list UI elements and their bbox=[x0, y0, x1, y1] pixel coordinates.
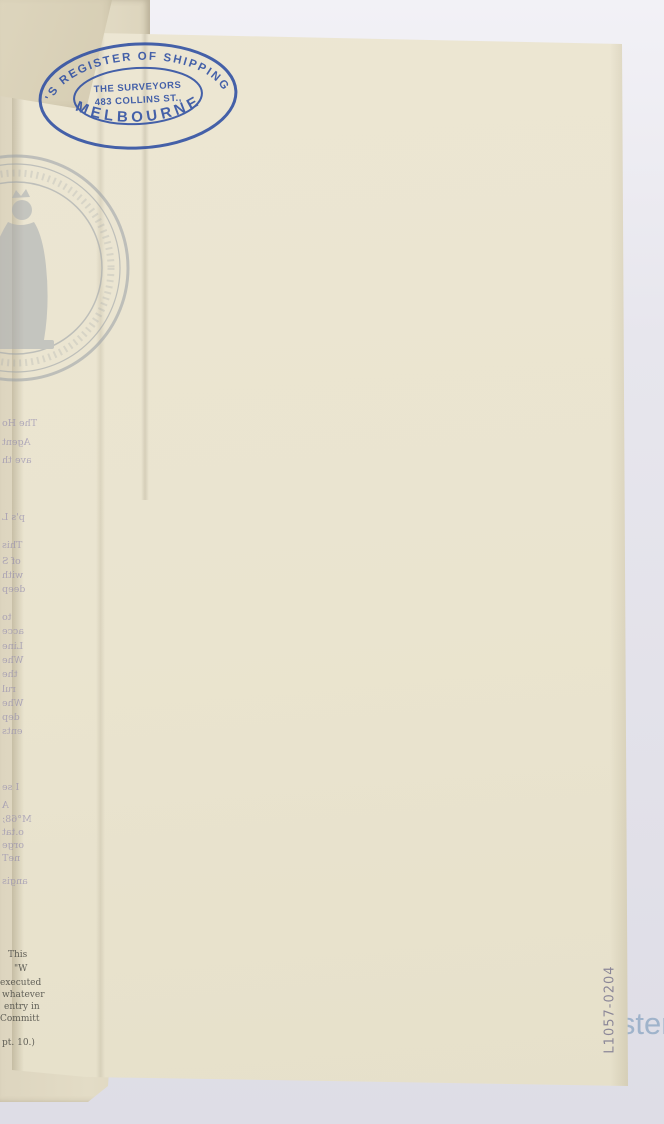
pencil-archive-reference: L1057-0204 bbox=[603, 950, 618, 1070]
printed-text-fragment: entry in bbox=[4, 1002, 40, 1012]
mirror-text-fragment: neT bbox=[2, 853, 20, 864]
mirror-text-fragment: the bbox=[2, 669, 18, 680]
mirror-text-fragment: Whe bbox=[2, 655, 24, 666]
mirror-text-fragment: o.tat bbox=[2, 827, 24, 838]
mirror-text-fragment: angis bbox=[2, 876, 28, 887]
mirror-text-fragment: dep bbox=[2, 712, 20, 723]
seal-figure bbox=[0, 189, 54, 349]
mirror-text-fragment: This bbox=[2, 540, 22, 551]
mirror-text-fragment: M°68; bbox=[2, 814, 32, 825]
mirror-text-fragment: acce bbox=[2, 626, 24, 637]
mirror-text-fragment: rul bbox=[2, 684, 16, 695]
surveyors-rubber-stamp: 'S REGISTER OF SHIPPING MELBOURNE THE SU… bbox=[31, 35, 245, 158]
mirror-text-fragment: orge bbox=[2, 840, 24, 851]
printed-text-fragment: Committ bbox=[0, 1014, 40, 1024]
mirror-text-fragment: deep bbox=[2, 584, 25, 595]
printed-text-fragment: This bbox=[8, 950, 27, 960]
mirror-text-fragment: of S bbox=[2, 556, 21, 567]
mirror-text-fragment: The Ho bbox=[2, 418, 37, 429]
mirror-text-fragment: p's L bbox=[2, 512, 25, 523]
mirror-text-fragment: A bbox=[2, 800, 9, 811]
mirror-text-fragment: Agent bbox=[2, 437, 31, 448]
printed-text-fragment: whatever bbox=[2, 990, 45, 1000]
lloyds-register-seal bbox=[0, 148, 136, 388]
printed-text-fragment: "W bbox=[14, 964, 27, 974]
mirror-text-fragment: with bbox=[2, 570, 23, 581]
mirror-text-fragment: ave th bbox=[2, 455, 32, 466]
mirror-text-fragment: to bbox=[2, 612, 12, 623]
mirror-text-fragment: I se bbox=[2, 782, 19, 793]
mirror-text-fragment: Line bbox=[2, 641, 23, 652]
printed-text-fragment: executed bbox=[0, 978, 41, 988]
printed-text-fragment: pt. 10.) bbox=[2, 1038, 35, 1048]
scanned-letter-document: The HoAgentave thp's LThisof Swithdeepto… bbox=[0, 0, 664, 1124]
mirror-text-fragment: Whe bbox=[2, 698, 24, 709]
mirror-text-fragment: ents bbox=[2, 726, 22, 737]
